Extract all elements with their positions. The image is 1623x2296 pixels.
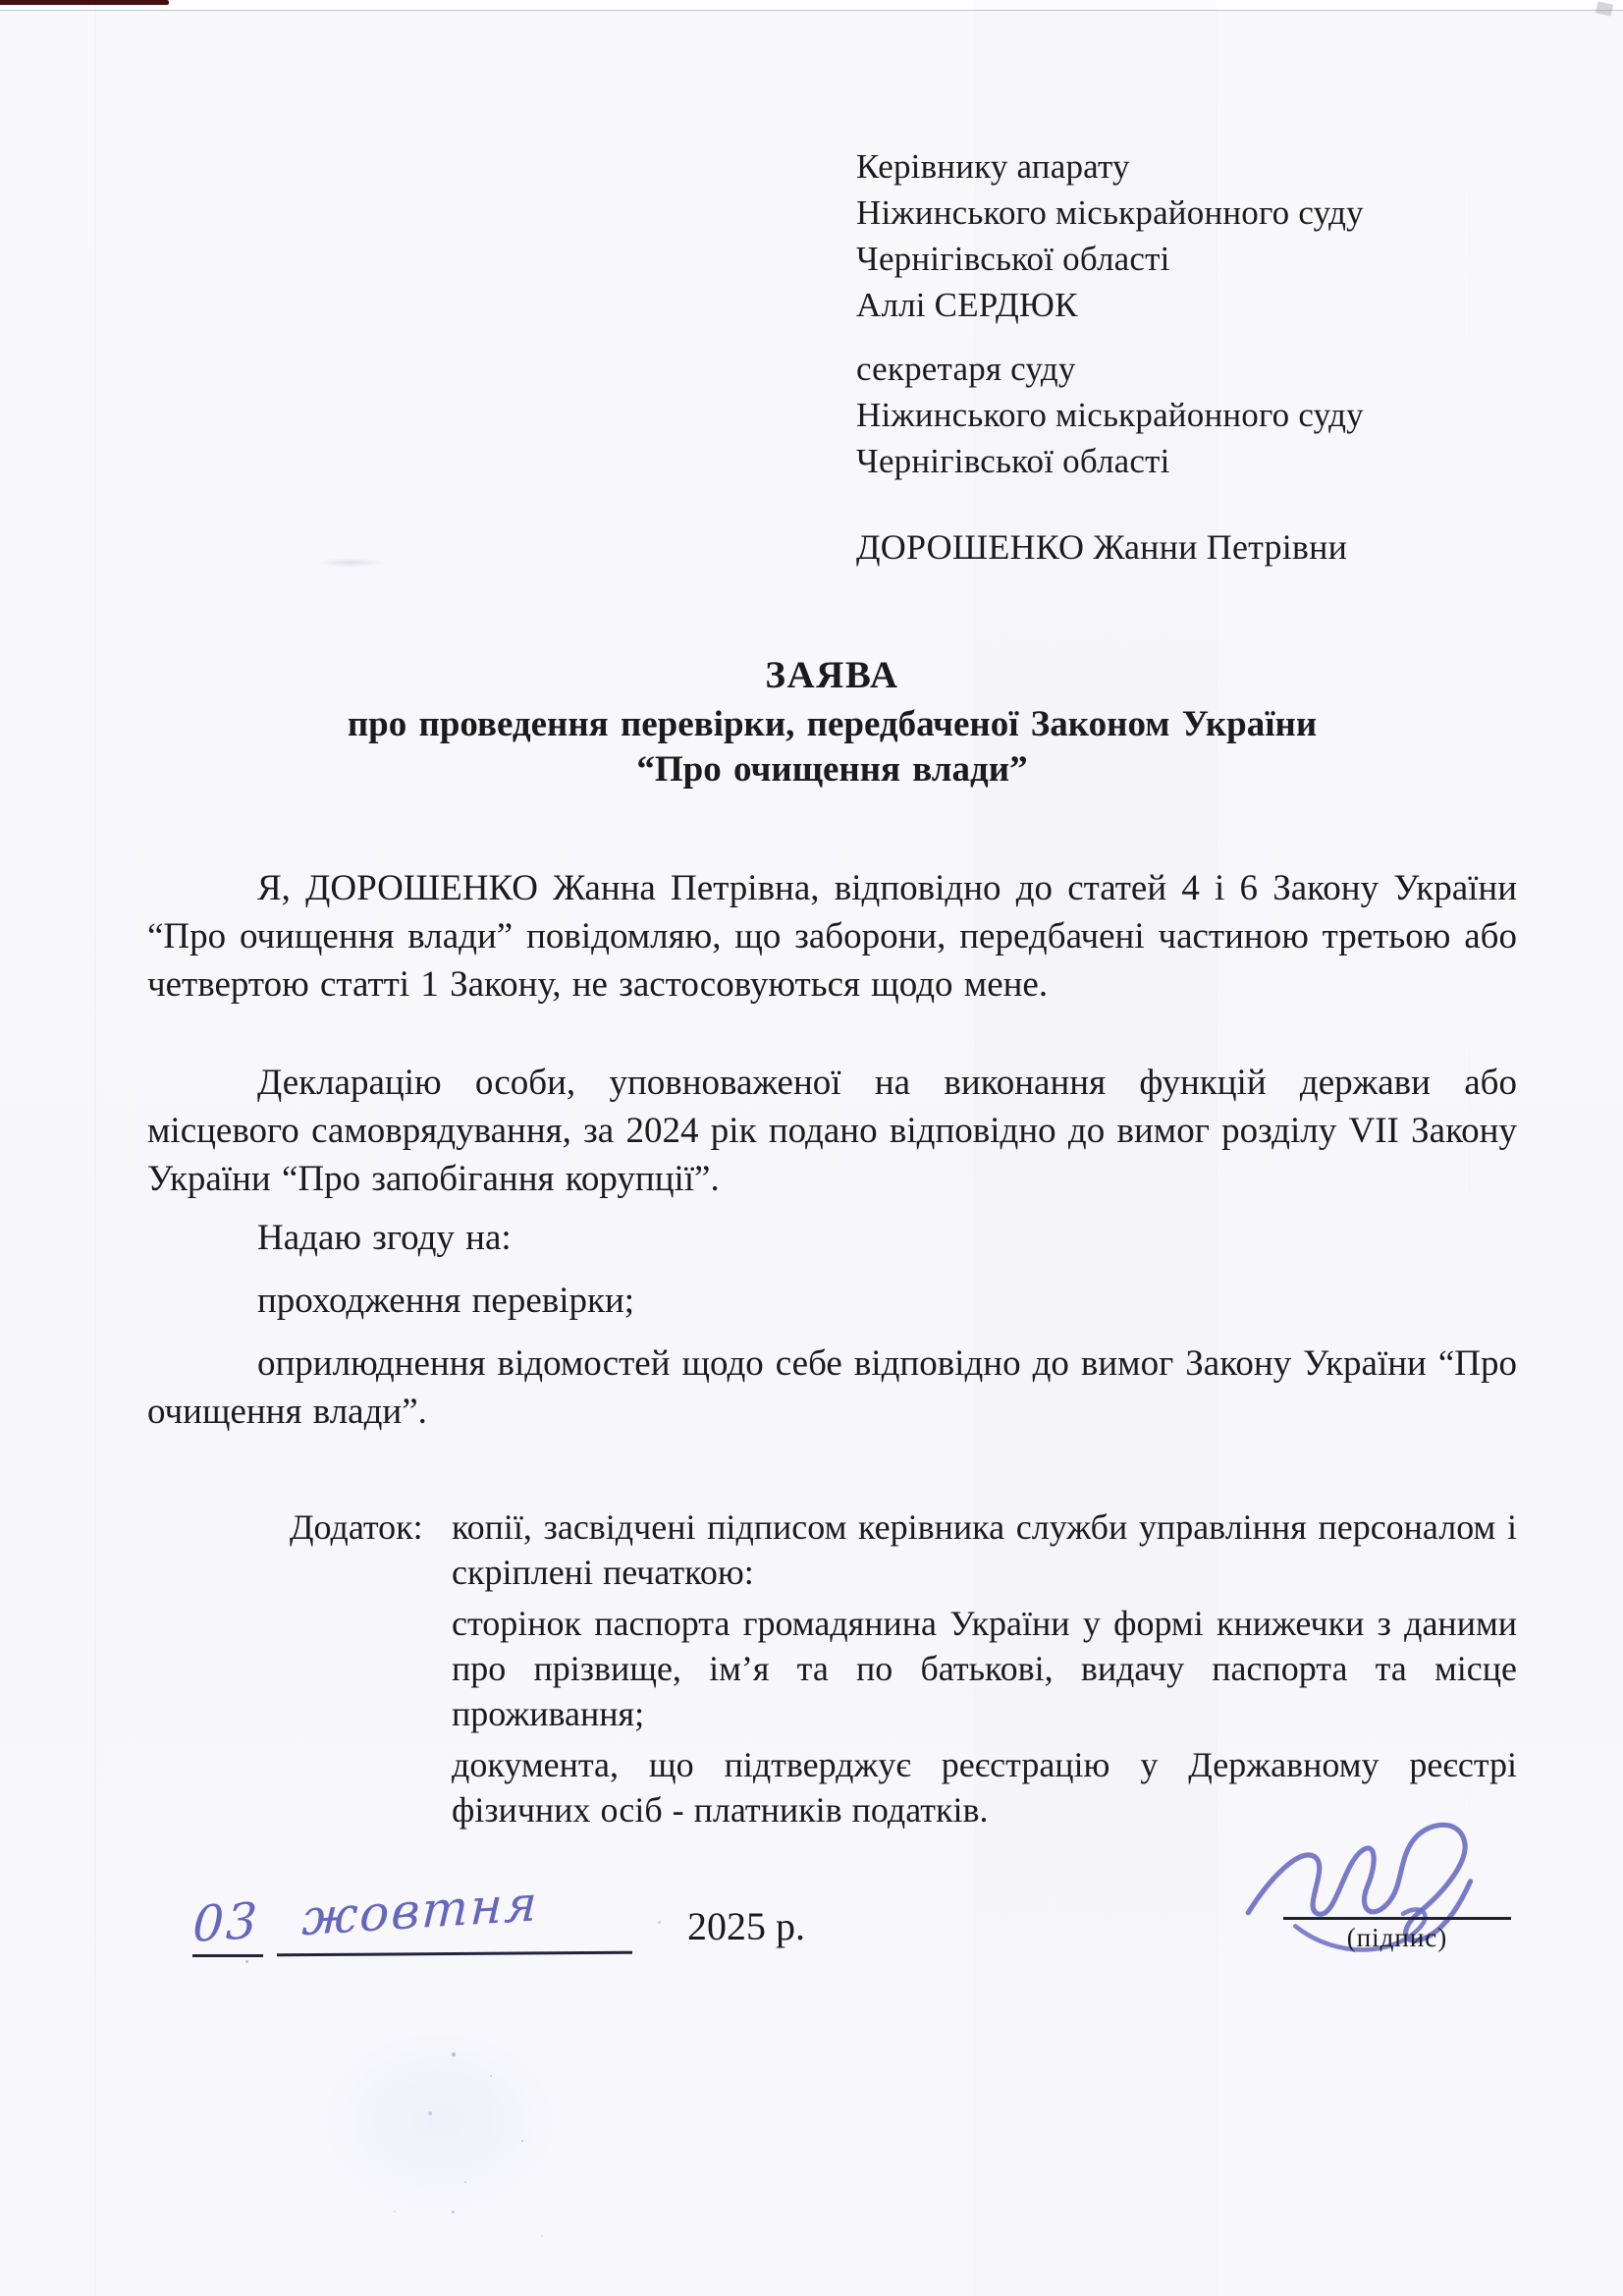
recipient-line: Чернігівської області [856, 236, 1364, 282]
date-year: 2025 р. [687, 1903, 805, 1949]
consent-item-2: оприлюднення відомостей щодо себе відпов… [147, 1339, 1517, 1436]
paragraph-declaration: Декларацію особи, уповноваженої на викон… [147, 1059, 1517, 1203]
date-underline [277, 1951, 632, 1957]
handwritten-date: 03 жовтня [191, 1871, 606, 1953]
consent-intro: Надаю згоду на: [147, 1214, 1517, 1262]
recipient-name: Аллі СЕРДЮК [856, 282, 1364, 328]
pencil-smudge [316, 558, 385, 568]
scan-top-line-artifact [0, 10, 1623, 11]
recipient-line: Ніжинського міськрайонного суду [856, 190, 1364, 236]
document-subtitle-line1: про проведення перевірки, передбаченої З… [147, 702, 1517, 747]
applicant-line: секретаря суду [856, 346, 1364, 392]
date-underline [192, 1954, 263, 1957]
signature-caption: (підпис) [1276, 1923, 1518, 1953]
attachment-label: Додаток: [290, 1504, 423, 1550]
signature-line [1283, 1917, 1511, 1920]
attachment-intro: копії, засвідчені підписом керівника слу… [452, 1504, 1517, 1595]
consent-item-1: проходження перевірки; [147, 1277, 1517, 1325]
document-subtitle-line2: “Про очищення влади” [147, 747, 1517, 793]
scan-corner-mark [1596, 1, 1613, 16]
faded-stamp-ghost [324, 2033, 579, 2229]
applicant-block: секретаря суду Ніжинського міськрайонног… [856, 346, 1364, 484]
applicant-name: ДОРОШЕНКО Жанни Петрівни [856, 524, 1347, 571]
scan-stage: Керівнику апарату Ніжинського міськрайон… [0, 0, 1623, 2296]
recipient-line: Керівнику апарату [856, 143, 1364, 190]
attachment-item-1: сторінок паспорта громадянина України у … [452, 1601, 1517, 1736]
recipient-block: Керівнику апарату Ніжинського міськрайон… [856, 143, 1364, 328]
ink-specks [452, 2052, 456, 2056]
attachment-block: Додаток: копії, засвідчені підписом кері… [290, 1504, 1517, 1838]
paragraph-statement: Я, ДОРОШЕНКО Жанна Петрівна, відповідно … [147, 864, 1517, 1009]
ink-specks [245, 1960, 248, 1963]
scan-edge-artifact [0, 0, 169, 5]
scanned-document-page: Керівнику апарату Ніжинського міськрайон… [0, 0, 1623, 2296]
title-block: ЗАЯВА про проведення перевірки, передбач… [147, 653, 1517, 793]
document-title: ЗАЯВА [147, 653, 1517, 698]
applicant-line: Чернігівської області [856, 438, 1364, 484]
applicant-line: Ніжинського міськрайонного суду [856, 392, 1364, 438]
attachment-content: копії, засвідчені підписом керівника слу… [452, 1504, 1517, 1832]
